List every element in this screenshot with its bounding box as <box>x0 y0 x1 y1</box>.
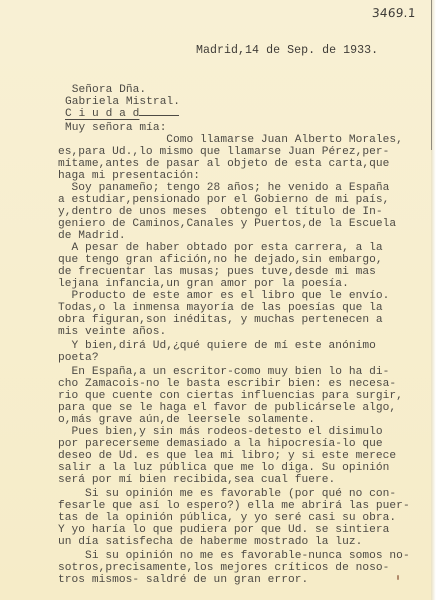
body-line: geniero de Caminos,Canales y Puertos,de … <box>58 218 396 230</box>
body-line: rio que cuente con ciertas influencias p… <box>58 390 403 402</box>
date-line: Madrid,14 de Sep. de 1933. <box>196 45 378 57</box>
recipient-city-text: C i u d a d <box>65 108 179 120</box>
archive-number: 3469.1 <box>372 6 417 20</box>
recipient-title: Señora Dña. <box>65 84 146 96</box>
body-line: Pues bien,y sin más rodeos-detesto el di… <box>58 426 383 438</box>
body-line: será por mí bien recibida,sea cual fuere… <box>58 474 335 486</box>
page-edge <box>431 0 439 600</box>
body-line: cho Zamacois-no le basta escribir bien: … <box>58 378 396 390</box>
body-line: a estudiar,pensionado por el Gobierno de… <box>58 194 389 206</box>
body-line: y,dentro de unos meses obtengo el título… <box>58 206 383 218</box>
body-line: A pesar de haber obtado por esta carrera… <box>58 242 383 254</box>
body-line: Soy panameño; tengo 28 años; he venido a… <box>58 182 389 194</box>
page-edge-line <box>431 0 432 150</box>
body-line: un día satisfecha de haberme mostrado la… <box>58 536 362 548</box>
body-line: poeta? <box>58 352 99 364</box>
body-line: Si su opinión no me es favorable-nunca s… <box>58 550 410 562</box>
body-line: haga mi presentación: <box>58 170 200 182</box>
body-line: Si su opinión me es favorable (por qué n… <box>58 488 396 500</box>
body-line: salir a la luz pública que me lo diga. S… <box>58 462 389 474</box>
recipient-city: C i u d a d <box>65 108 179 120</box>
body-line: de frecuentar las musas; pues tuve,desde… <box>58 266 376 278</box>
recipient-name: Gabriela Mistral. <box>65 96 180 108</box>
body-line: sotros,precisamente,los mejores críticos… <box>58 562 389 574</box>
ink-mark <box>397 575 399 580</box>
body-line: mítame,antes de pasar al objeto de esta … <box>58 158 389 170</box>
body-line: que tengo gran afición,no he dejado,sin … <box>58 254 383 266</box>
body-line: de Madrid. <box>58 230 126 242</box>
body-line: por parecerseme demasiado a la hipocresí… <box>58 438 383 450</box>
body-line: Todas,o la inmensa mayoría de las poesía… <box>58 302 383 314</box>
body-line: Y yo haría lo que pudiera por que Ud. se… <box>58 524 389 536</box>
body-line: tros mismos- saldré de un gran error. <box>58 574 308 586</box>
letter-page: 3469.1 Madrid,14 de Sep. de 1933. Señora… <box>0 0 431 600</box>
body-line: para que se le haga el favor de publicár… <box>58 402 396 414</box>
body-line: Como llamarse Juan Alberto Morales, <box>58 134 403 146</box>
body-line: es,para Ud.,lo mismo que llamarse Juan P… <box>58 146 389 158</box>
body-line: o,más grave aún,de leersele solamente. <box>58 414 315 426</box>
body-line: lejana infancia,un gran amor por la poes… <box>58 278 349 290</box>
salutation: Muy señora mía: <box>65 122 166 134</box>
body-line: Y bien,dirá Ud,¿qué quiere de mí este an… <box>58 340 376 352</box>
body-line: En España,a un escritor-como muy bien lo… <box>58 366 389 378</box>
body-line: Producto de este amor es el libro que le… <box>58 290 389 302</box>
body-line: tas de la opinión pública, y yo seré cas… <box>58 512 396 524</box>
body-line: mis veinte años. <box>58 326 166 338</box>
body-line: deseo de Ud. es que lea mi libro; y si e… <box>58 450 396 462</box>
body-line: fesarle que así lo espero?) ella me abri… <box>58 500 410 512</box>
body-line: obra figuran,son inéditas, y muchas pert… <box>58 314 383 326</box>
